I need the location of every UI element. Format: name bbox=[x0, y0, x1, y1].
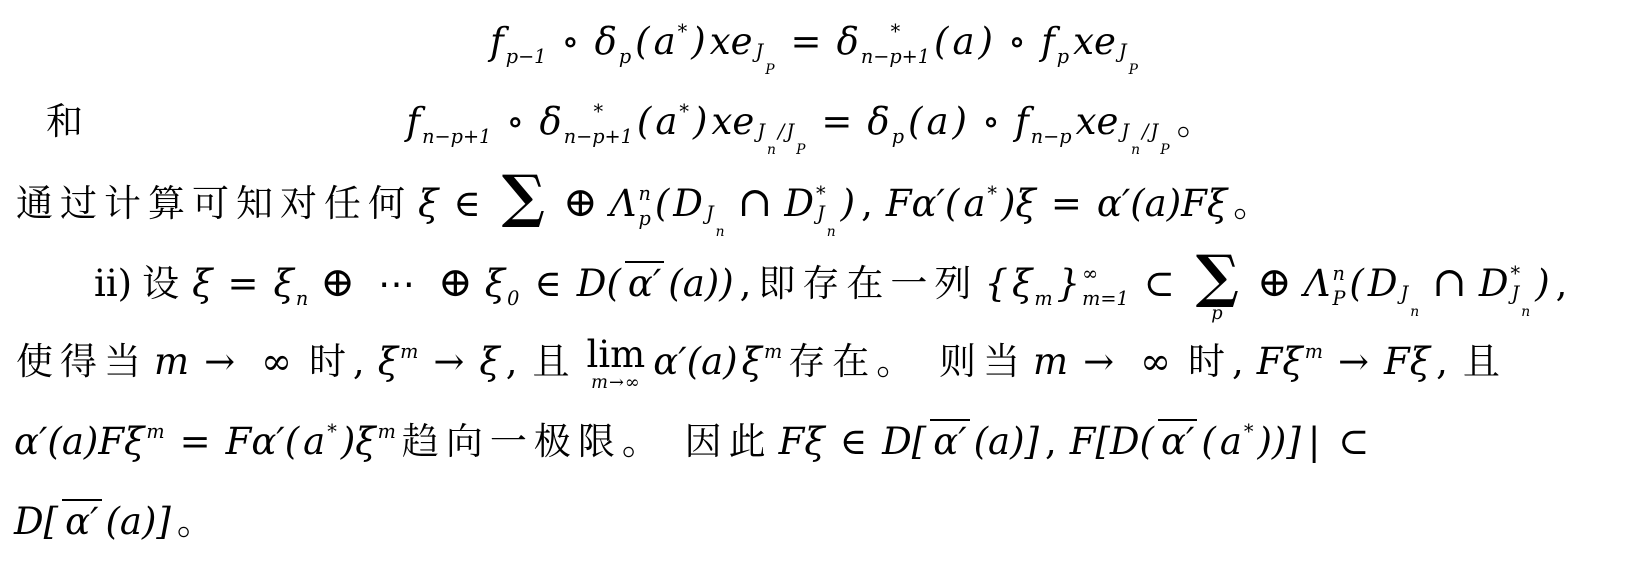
math-token: ) bbox=[841, 164, 855, 244]
math-token: )ξm bbox=[341, 402, 396, 482]
math-token: limm→∞ bbox=[587, 336, 646, 393]
math-token: fn−p+1 bbox=[406, 82, 491, 162]
math-token: ( bbox=[934, 2, 948, 82]
math-token: a* bbox=[655, 82, 689, 162]
math-token: ∞ bbox=[1140, 322, 1171, 402]
paragraph-line-4: α′(a)Fξm=Fα′(a*)ξm趋向一极限。 因此Fξ∈D[α′(a)],F… bbox=[12, 402, 1617, 482]
math-token: ∘ bbox=[506, 82, 524, 162]
math-token: ( bbox=[655, 164, 669, 244]
math-token: α′(a)Fξ bbox=[1097, 164, 1227, 244]
math-token: ⊂ bbox=[1144, 244, 1175, 324]
math-token: ( bbox=[635, 2, 649, 82]
math-token: ∩ bbox=[738, 162, 773, 242]
math-token: fn−p bbox=[1015, 82, 1072, 162]
math-token: ) bbox=[1535, 244, 1549, 324]
math-token: → bbox=[1083, 322, 1114, 402]
math-token: (a)] bbox=[974, 402, 1039, 482]
math-token: ,即存在一列 bbox=[740, 244, 979, 324]
math-token: = bbox=[180, 402, 211, 482]
math-token: 且 bbox=[533, 322, 577, 402]
math-token: ⊕ bbox=[1257, 242, 1292, 322]
math-token: 存在。 则当 bbox=[788, 322, 1027, 402]
math-token: 通过计算可知对任何 bbox=[16, 164, 412, 244]
math-token: δ*n−p+1 bbox=[539, 82, 632, 162]
math-token: ∑p bbox=[1196, 249, 1239, 324]
math-token: a* bbox=[654, 2, 688, 82]
math-token: / bbox=[1142, 122, 1148, 141]
math-token: α′(a)Fξm bbox=[14, 402, 165, 482]
paragraph-line-2: ii)设ξ=ξn⊕⋯⊕ξ0∈D(α′(a)),即存在一列{ξm}∞m=1⊂∑p⊕… bbox=[12, 242, 1617, 322]
math-token: ⊂ bbox=[1338, 402, 1369, 482]
math-token: ∈ bbox=[534, 244, 561, 324]
math-token: a bbox=[926, 82, 948, 162]
math-token: a* bbox=[963, 164, 997, 244]
math-token: = bbox=[821, 82, 852, 162]
math-token: → bbox=[433, 322, 464, 402]
math-token: ))] bbox=[1258, 402, 1301, 482]
math-token: D[ bbox=[882, 402, 926, 482]
math-token: α′ bbox=[930, 402, 969, 482]
math-token: Jn bbox=[1512, 284, 1531, 316]
math-token: 且 bbox=[1463, 322, 1507, 402]
math-token: δp bbox=[867, 82, 904, 162]
math-token: Jn bbox=[1401, 284, 1420, 316]
math-token: , bbox=[1045, 402, 1064, 482]
math-token: ⊕ bbox=[320, 242, 355, 322]
math-token: ( bbox=[1349, 244, 1363, 324]
paragraph-line-3: 使得当m→∞时,ξm→ξ,且limm→∞α′(a)ξm存在。 则当m→∞时,Fξ… bbox=[12, 322, 1617, 402]
math-token: xeJn/JP bbox=[711, 82, 806, 162]
math-token: DJn bbox=[1368, 244, 1420, 324]
math-token: ⊕ bbox=[563, 162, 598, 242]
math-token: 设 bbox=[142, 244, 186, 324]
math-token: xeJn/JP bbox=[1076, 82, 1171, 162]
math-token: ) bbox=[693, 82, 707, 162]
math-token: a* bbox=[1220, 402, 1254, 482]
math-token: 。 bbox=[1177, 82, 1221, 162]
math-token: ξm bbox=[378, 322, 419, 402]
math-token: ∞ bbox=[261, 322, 292, 402]
math-token: ∘ bbox=[982, 82, 1000, 162]
math-token: (a)] bbox=[106, 482, 171, 562]
math-token: a* bbox=[303, 402, 337, 482]
math-token: ) bbox=[979, 2, 993, 82]
math-token: JP bbox=[756, 42, 775, 74]
math-token: }∞m=1 bbox=[1057, 244, 1129, 324]
math-token: α′ bbox=[1158, 402, 1197, 482]
math-token: ( bbox=[1201, 402, 1215, 482]
math-token: ξn bbox=[274, 244, 309, 324]
math-token: Fξ bbox=[779, 402, 825, 482]
math-token: )ξ bbox=[1001, 164, 1036, 244]
math-token: = bbox=[791, 2, 822, 82]
math-token: ) bbox=[691, 2, 705, 82]
math-token: fp−1 bbox=[490, 2, 546, 82]
equation-1-math: fp−1∘δp(a*)xeJP=δ*n−p+1(a)∘fpxeJP bbox=[488, 20, 1141, 63]
math-token: 。 bbox=[1233, 164, 1277, 244]
math-token: m bbox=[154, 322, 189, 402]
math-token: ξm bbox=[1012, 244, 1053, 324]
math-token: 。 bbox=[177, 482, 221, 562]
math-token: ∩ bbox=[1432, 242, 1467, 322]
math-token: DJn bbox=[673, 164, 725, 244]
math-token: Jn bbox=[706, 204, 725, 236]
math-token: α′(a) bbox=[653, 322, 737, 402]
math-token: ( bbox=[908, 82, 922, 162]
math-token: xeJP bbox=[710, 2, 776, 82]
math-token: JP bbox=[1151, 122, 1170, 154]
math-token: ∑ bbox=[502, 164, 545, 244]
math-token: F[D( bbox=[1070, 402, 1154, 482]
math-token: ∘ bbox=[1008, 2, 1026, 82]
math-token: ⊕ bbox=[438, 242, 473, 322]
math-token: ∈ bbox=[453, 164, 480, 244]
math-token: , bbox=[506, 322, 525, 402]
math-token: D( bbox=[577, 244, 621, 324]
math-token: { bbox=[984, 244, 1008, 324]
math-token: Jn bbox=[757, 122, 776, 154]
math-token: δp bbox=[595, 2, 632, 82]
math-token: → bbox=[204, 322, 235, 402]
math-token: a bbox=[952, 2, 974, 82]
math-token: | bbox=[1308, 402, 1320, 482]
math-token: xeJP bbox=[1073, 2, 1139, 82]
math-token: ∘ bbox=[561, 2, 579, 82]
math-token: = bbox=[1051, 164, 1082, 244]
math-token: Fα′( bbox=[886, 164, 960, 244]
math-token: Jn bbox=[817, 204, 836, 236]
paragraph-line-5: D[α′(a)]。 bbox=[12, 482, 1617, 562]
math-token: ξ bbox=[479, 322, 499, 402]
math-token: α′ bbox=[625, 244, 664, 324]
math-token: ) bbox=[953, 82, 967, 162]
math-token: ξ bbox=[192, 244, 212, 324]
math-token: Λnp bbox=[610, 164, 651, 244]
connector-word: 和 bbox=[46, 82, 83, 162]
math-token: D*Jn bbox=[784, 164, 836, 244]
math-token: / bbox=[778, 122, 784, 141]
math-token: ⋯ bbox=[378, 244, 415, 324]
math-token: 时, bbox=[1188, 322, 1251, 402]
math-token: Fξ bbox=[1384, 322, 1430, 402]
document-page: fp−1∘δp(a*)xeJP=δ*n−p+1(a)∘fpxeJP 和 fn−p… bbox=[0, 0, 1629, 567]
math-token: Fξm bbox=[1257, 322, 1323, 402]
math-token: , bbox=[1556, 244, 1575, 324]
math-token: ΛnP bbox=[1304, 244, 1346, 324]
math-token: Fα′( bbox=[226, 402, 300, 482]
math-token: δ*n−p+1 bbox=[837, 2, 930, 82]
math-token: α′ bbox=[62, 482, 101, 562]
math-token: (a)) bbox=[668, 244, 733, 324]
display-equation-2: 和 fn−p+1∘δ*n−p+1(a*)xeJn/JP=δp(a)∘fn−pxe… bbox=[12, 82, 1617, 162]
math-token: m bbox=[1033, 322, 1068, 402]
paragraph-line-1: 通过计算可知对任何ξ∈∑⊕Λnp(DJn∩D*Jn),Fα′(a*)ξ=α′(a… bbox=[12, 162, 1617, 242]
math-token: = bbox=[228, 244, 259, 324]
math-token: ξ0 bbox=[485, 244, 520, 324]
display-equation-1: fp−1∘δp(a*)xeJP=δ*n−p+1(a)∘fpxeJP bbox=[12, 2, 1617, 82]
math-token: ii) bbox=[94, 244, 132, 324]
math-token: , bbox=[1436, 322, 1455, 402]
math-token: 时, bbox=[309, 322, 372, 402]
math-token: D*Jn bbox=[1479, 244, 1531, 324]
math-token: Jn bbox=[1121, 122, 1140, 154]
math-token: 趋向一极限。 因此 bbox=[402, 402, 773, 482]
math-token: D[ bbox=[14, 482, 58, 562]
math-token: ξ bbox=[418, 164, 438, 244]
math-token: ξm bbox=[742, 322, 783, 402]
math-token: , bbox=[861, 164, 880, 244]
math-token: 使得当 bbox=[16, 322, 148, 402]
math-token: ∈ bbox=[840, 402, 867, 482]
equation-2-math: fn−p+1∘δ*n−p+1(a*)xeJn/JP=δp(a)∘fn−pxeJn… bbox=[404, 100, 1224, 143]
math-token: JP bbox=[786, 122, 805, 154]
math-token: fp bbox=[1041, 2, 1069, 82]
math-token: → bbox=[1338, 322, 1369, 402]
math-token: JP bbox=[1119, 42, 1138, 74]
math-token: ( bbox=[637, 82, 651, 162]
